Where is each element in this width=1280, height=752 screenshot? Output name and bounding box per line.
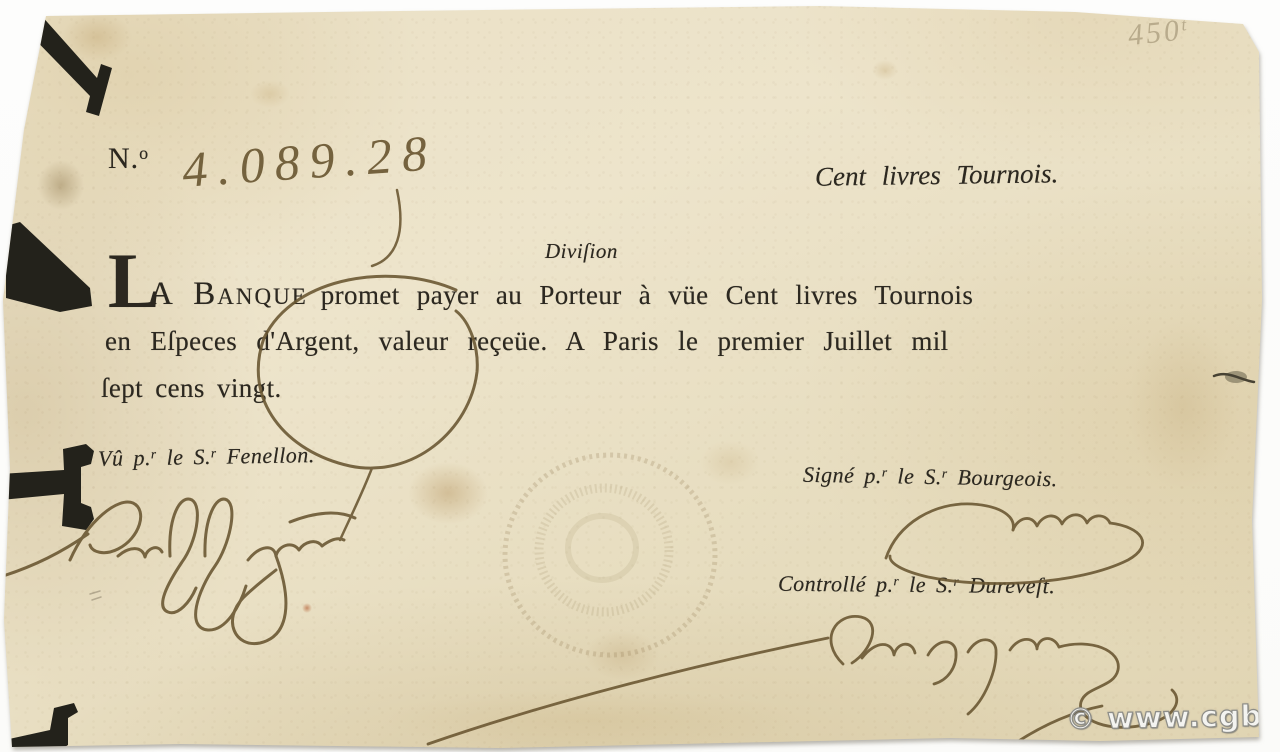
watermark: © www.cgb.fr [1066, 698, 1280, 736]
signature-stroke [886, 504, 1013, 558]
paper-shadow: N.o 4.089.28 Cent livres Tournois. Diviſ… [0, 0, 1280, 752]
embossed-seal [505, 455, 715, 655]
signature-stroke [0, 534, 88, 577]
scanned-banknote-scene: N.o 4.089.28 Cent livres Tournois. Diviſ… [0, 0, 1280, 752]
signature-stroke [968, 640, 996, 714]
pencil-dash-mark [90, 591, 101, 600]
paraph-loop [258, 276, 477, 468]
signature-stroke [118, 548, 162, 557]
handwriting-overlay [0, 0, 1280, 752]
seal-center [568, 516, 636, 580]
serial-descender-ink [372, 190, 400, 266]
signature-stroke [1013, 515, 1110, 530]
seal-inner-ring [539, 488, 669, 612]
signature-stroke [928, 642, 956, 684]
signature-stroke [290, 513, 355, 522]
cut-letter-fragments [0, 14, 112, 752]
signature-stroke [831, 616, 873, 664]
banknote-paper: N.o 4.089.28 Cent livres Tournois. Diviſ… [0, 0, 1280, 752]
signature-stroke [196, 499, 246, 630]
seal-outer-ring [505, 455, 715, 655]
signature-stroke [1010, 639, 1059, 650]
signature-dufour-ink [886, 504, 1143, 584]
paraph-tail [340, 468, 372, 540]
letter-fragment-bottom-icon [0, 703, 78, 752]
signature-stroke [890, 523, 1143, 584]
tear-mark [1214, 371, 1254, 383]
signature-chugon-ink [428, 616, 1177, 748]
signature-buffart-ink [0, 499, 355, 644]
letter-fragment-top-icon [20, 14, 112, 116]
signature-stroke [233, 556, 286, 644]
paraph-oval-ink [258, 276, 477, 540]
letter-fragment-mid-icon [6, 222, 92, 312]
signature-stroke [163, 499, 198, 613]
signature-stroke [862, 644, 915, 658]
signature-stroke [248, 539, 344, 560]
letter-fragment-lower-icon [0, 444, 94, 530]
